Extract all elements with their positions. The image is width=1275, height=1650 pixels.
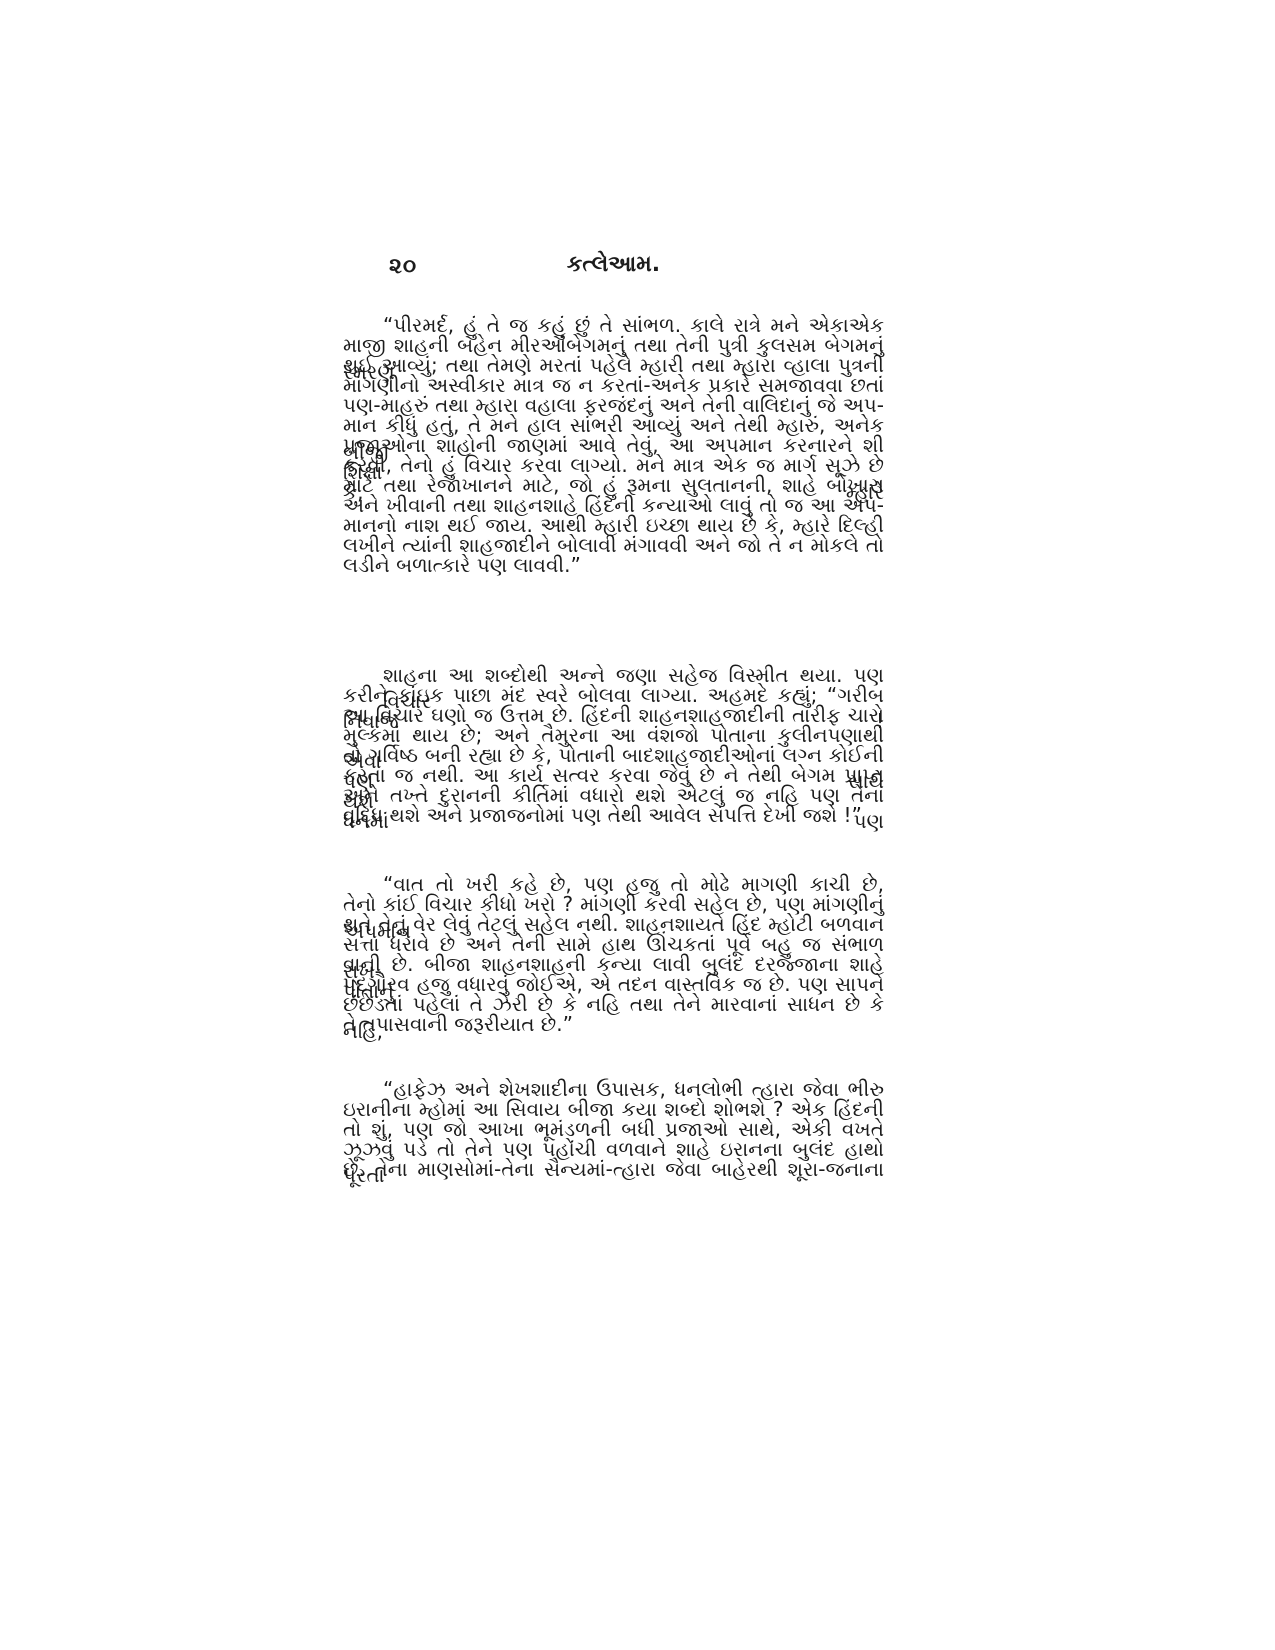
text-line: માટે તથા રેજાખાનને માટે, જો હું રૂમના સુ…: [343, 472, 884, 492]
text-line: ઇરાનીના મ્હોમાં આ સિવાય બીજા કયા શબ્દો શ…: [343, 1097, 884, 1117]
text-line: પણ-માહરું તથા મ્હારા વહાલા ફરજંદનું અને …: [343, 392, 884, 412]
text-line: “વાત તો ખરી કહે છે, પણ હજુ તો મોઢે માગણી…: [343, 871, 884, 891]
text-line: “હાફેઝ અને શેખશાદીના ઉપાસક, ધનલોભી ત્હાર…: [343, 1077, 884, 1097]
text-line: માનનો નાશ થઈ જાય. આથી મ્હારી ઇચ્છા થાય છ…: [343, 512, 884, 532]
text-line: કરીને કાંઇક પાછા મંદ સ્વરે બોલવા લાગ્યા.…: [343, 682, 884, 702]
text-line: વૃદ્ધિ થશે અને પ્રજાજનોમાં પણ તેથી આવેલ …: [343, 802, 884, 822]
paragraph-4: “હાફેઝ અને શેખશાદીના ઉપાસક, ધનલોભી ત્હાર…: [343, 1077, 884, 1177]
text-line: તેનો કાંઈ વિચાર કીધો ખરો ? માંગણી કરવી સ…: [343, 891, 884, 911]
paragraph-3: “વાત તો ખરી કહે છે, પણ હજુ તો મોઢે માગણી…: [343, 871, 884, 1031]
text-line: છંછેડતાં પહેલાં તે ઝેરી છે કે નહિ તથા તે…: [343, 991, 884, 1011]
chapter-title: કત્લેઆમ.: [343, 252, 884, 277]
text-line: પદગૌરવ હજુ વધારવું જોઈએ, એ તદન વાસ્તવિક …: [343, 971, 884, 991]
text-line: પ્રજાઓના શાહોની જાણમાં આવે તેવું, આ અપમા…: [343, 432, 884, 452]
text-line: છે. તેના માણસોમાં-તેના સૈન્યમાં-ત્હારા જ…: [343, 1157, 884, 1177]
scanned-book-page: ૨૦ કત્લેઆમ. “પીરમર્દ, હું તે જ કહું છું …: [0, 0, 1275, 1650]
text-line: લખીને ત્યાંની શાહજાદીને બોલાવી મંગાવવી અ…: [343, 532, 884, 552]
text-line: “પીરમર્દ, હું તે જ કહું છું તે સાંભળ. કા…: [343, 312, 884, 332]
text-line: માન કીધું હતું, તે મને હાલ સાંભરી આવ્યું…: [343, 412, 884, 432]
text-line: તો ગર્વિષ્ઠ બની રહ્યા છે કે, પોતાની બાદશ…: [343, 742, 884, 762]
text-line: ઝૂઝવું પડે તો તેને પણ પહોંચી વળવાને શાહે…: [343, 1137, 884, 1157]
text-line: શાહના આ શબ્દોથી અન્ને જણા સહેજ વિસ્મીત થ…: [343, 662, 884, 682]
text-line: અને ખીવાની તથા શાહનશાહે હિંદની કન્યાઓ લા…: [343, 492, 884, 512]
paragraph-2: શાહના આ શબ્દોથી અન્ને જણા સહેજ વિસ્મીત થ…: [343, 662, 884, 822]
text-line: કરતા જ નથી. આ કાર્ય સત્વર કરવા જેવું છે …: [343, 762, 884, 782]
text-line: અને તખ્તે દુરાનની કીર્તિમાં વધારો થશે એટ…: [343, 782, 884, 802]
text-line: વાની છે. બીજા શાહનશાહની કન્યા લાવી બુલંદ…: [343, 951, 884, 971]
running-head: ૨૦ કત્લેઆમ.: [343, 252, 884, 286]
text-line: માંગણીનો અસ્વીકાર માત્ર જ ન કરતાં-અનેક પ…: [343, 372, 884, 392]
text-line: માજી શાહની બહેન મીરઆંબેગમનું તથા તેની પુ…: [343, 332, 884, 352]
text-line: થઈ આવ્યું; તથા તેમણે મરતાં પહેલે મ્હારી …: [343, 352, 884, 372]
text-line: થતે તેનું વેર લેવું તેટલું સહેલ નથી. શાહ…: [343, 911, 884, 931]
text-line: મુલ્કમાં થાય છે; અને તૈમુરના આ વંશજો પોત…: [343, 722, 884, 742]
text-line: કરવી, તેનો હું વિચાર કરવા લાગ્યો. મને મા…: [343, 452, 884, 472]
text-line: સત્તા ધરાવે છે અને તેની સામે હાથ ઊંચકતાં…: [343, 931, 884, 951]
text-line: તો શું, પણ જો આખા ભૂમંડળની બધી પ્રજાઓ સા…: [343, 1117, 884, 1137]
paragraph-1: “પીરમર્દ, હું તે જ કહું છું તે સાંભળ. કા…: [343, 312, 884, 572]
text-line: આ વિચાર ઘણો જ ઉત્તમ છે. હિંદની શાહનશાહજા…: [343, 702, 884, 722]
